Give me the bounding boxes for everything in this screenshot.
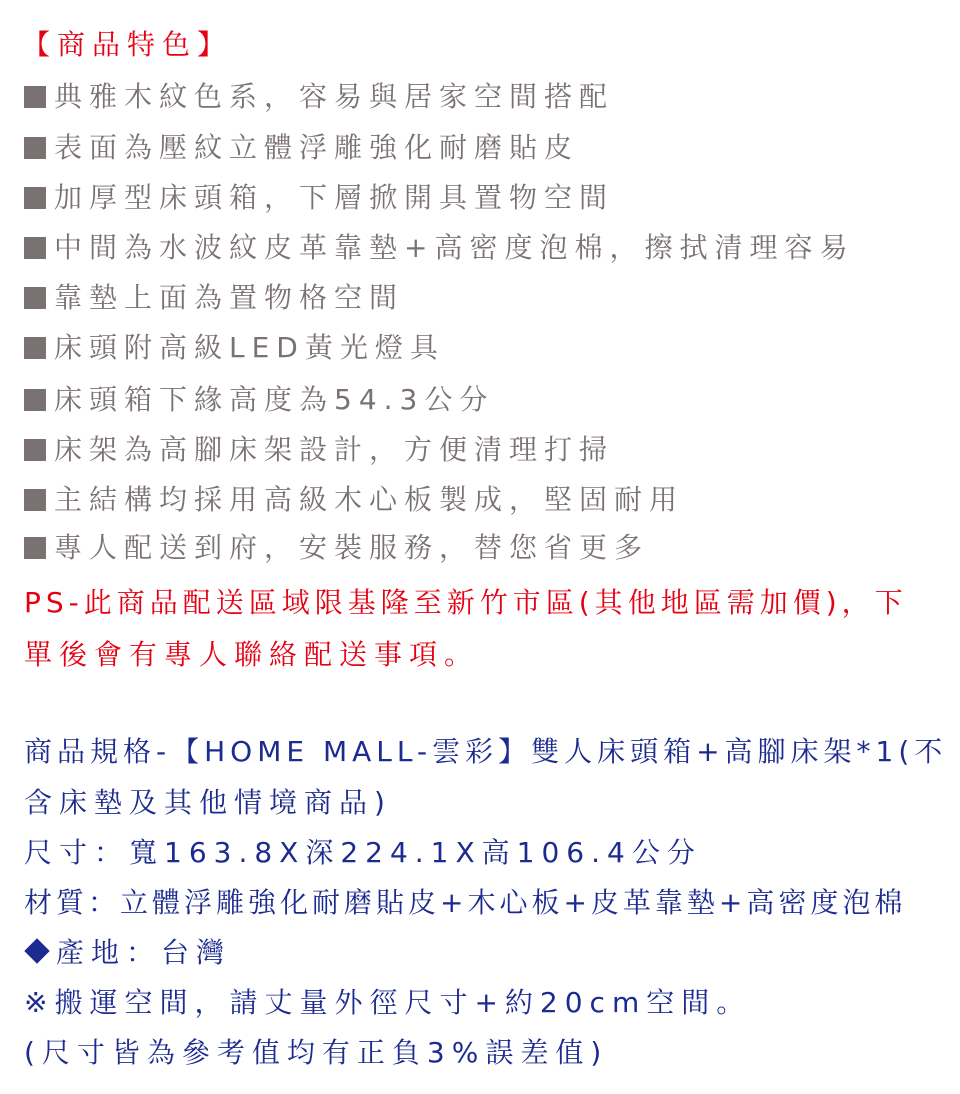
feature-item: 典雅木紋色系，容易與居家空間搭配 (24, 79, 614, 115)
spec-origin: 產地：台灣 (24, 935, 231, 971)
square-bullet-icon (24, 237, 46, 259)
feature-item: 床架為高腳床架設計，方便清理打掃 (24, 432, 614, 468)
spec-name-line-2: 含床墊及其他情境商品) (24, 785, 392, 821)
square-bullet-icon (24, 439, 46, 461)
notice-line-2: 單後會有專人聯絡配送事項。 (24, 637, 479, 673)
feature-item: 床頭箱下緣高度為54.3公分 (24, 382, 494, 418)
square-bullet-icon (24, 287, 46, 309)
square-bullet-icon (24, 389, 46, 411)
feature-item: 床頭附高級LED黃光燈具 (24, 330, 445, 366)
notice-line-1: PS-此商品配送區域限基隆至新竹市區(其他地區需加價)，下 (24, 585, 908, 621)
diamond-icon (24, 938, 49, 963)
feature-item: 主結構均採用高級木心板製成，堅固耐用 (24, 482, 684, 518)
square-bullet-icon (24, 137, 46, 159)
square-bullet-icon (24, 86, 46, 108)
feature-item: 加厚型床頭箱，下層掀開具置物空間 (24, 180, 614, 216)
spec-size: 尺寸：寬163.8X深224.1X高106.4公分 (24, 835, 702, 871)
square-bullet-icon (24, 537, 46, 559)
square-bullet-icon (24, 187, 46, 209)
spec-name-line-1: 商品規格-【HOME MALL-雲彩】雙人床頭箱+高腳床架*1(不 (24, 734, 947, 770)
feature-item: 專人配送到府，安裝服務，替您省更多 (24, 530, 649, 566)
spec-moving-space: ※搬運空間，請丈量外徑尺寸+約20cm空間。 (24, 985, 751, 1021)
feature-item: 表面為壓紋立體浮雕強化耐磨貼皮 (24, 130, 579, 166)
square-bullet-icon (24, 489, 46, 511)
feature-item: 中間為水波紋皮革靠墊+高密度泡棉，擦拭清理容易 (24, 230, 854, 266)
spec-tolerance: (尺寸皆為參考值均有正負3%誤差值) (24, 1035, 608, 1071)
feature-item: 靠墊上面為置物格空間 (24, 280, 404, 316)
spec-material: 材質：立體浮雕強化耐磨貼皮+木心板+皮革靠墊+高密度泡棉 (24, 885, 906, 921)
features-title: 【商品特色】 (22, 27, 232, 63)
square-bullet-icon (24, 337, 46, 359)
